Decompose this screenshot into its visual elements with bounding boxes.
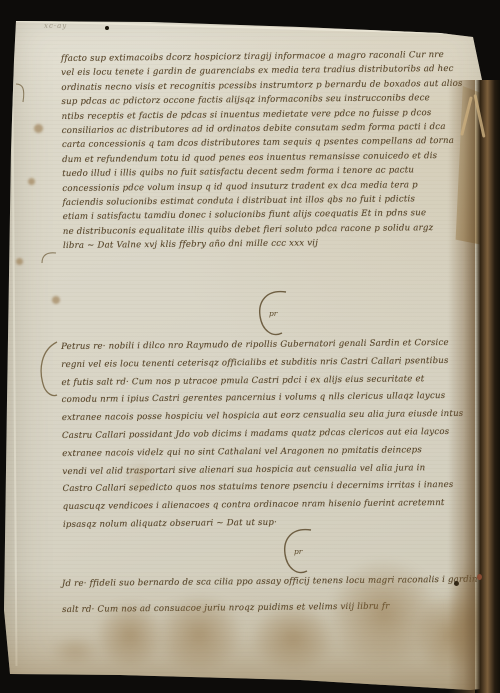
margin-flourish bbox=[36, 340, 60, 404]
stain-blob bbox=[40, 628, 110, 674]
text-paragraph-2: Petrus re· nobili i dilco nro Raymudo de… bbox=[61, 335, 455, 535]
foxing-spot bbox=[28, 178, 35, 185]
stain-blob bbox=[155, 593, 243, 675]
paraph-c-mark: pr bbox=[256, 288, 292, 340]
stain-blob bbox=[118, 455, 162, 499]
ink-speck bbox=[105, 26, 109, 30]
photo-backdrop: xc·ay ffacto sup extimacoibs dcorz hospi… bbox=[0, 0, 500, 693]
manuscript-line: libra ~ Dat Valne xvj klis ffebry año dn… bbox=[63, 235, 455, 253]
foxing-spot bbox=[16, 258, 23, 265]
foxing-spot bbox=[52, 296, 60, 304]
paraph-pr-letters: pr bbox=[269, 309, 277, 318]
page-left-edge-highlight bbox=[11, 26, 17, 666]
page-top-edge-highlight bbox=[15, 20, 473, 35]
folio-annotation: xc·ay bbox=[44, 22, 67, 30]
manuscript-line: salt rd· Cum nos ad consuacoe juriu nroq… bbox=[62, 593, 454, 623]
stain-blob bbox=[328, 558, 440, 670]
paraph-pr-letters: pr bbox=[294, 547, 302, 556]
manuscript-line: ipsasqz nolum aliquatz obseruari ~ Dat u… bbox=[63, 513, 455, 535]
binding-gutter bbox=[448, 80, 500, 693]
text-paragraph-3: Jd re· ffideli suo bernardo de sca cilia… bbox=[62, 567, 455, 623]
text-paragraph-1: ffacto sup extimacoibs dcorz hospiciorz … bbox=[61, 48, 455, 254]
foxing-spot bbox=[34, 124, 43, 133]
margin-hook bbox=[40, 250, 58, 270]
rust-speck bbox=[477, 574, 482, 580]
stain-blob bbox=[95, 600, 165, 670]
margin-hook bbox=[14, 82, 28, 110]
manuscript-page: xc·ay ffacto sup extimacoibs dcorz hospi… bbox=[0, 0, 500, 693]
stain-blob bbox=[250, 603, 336, 673]
